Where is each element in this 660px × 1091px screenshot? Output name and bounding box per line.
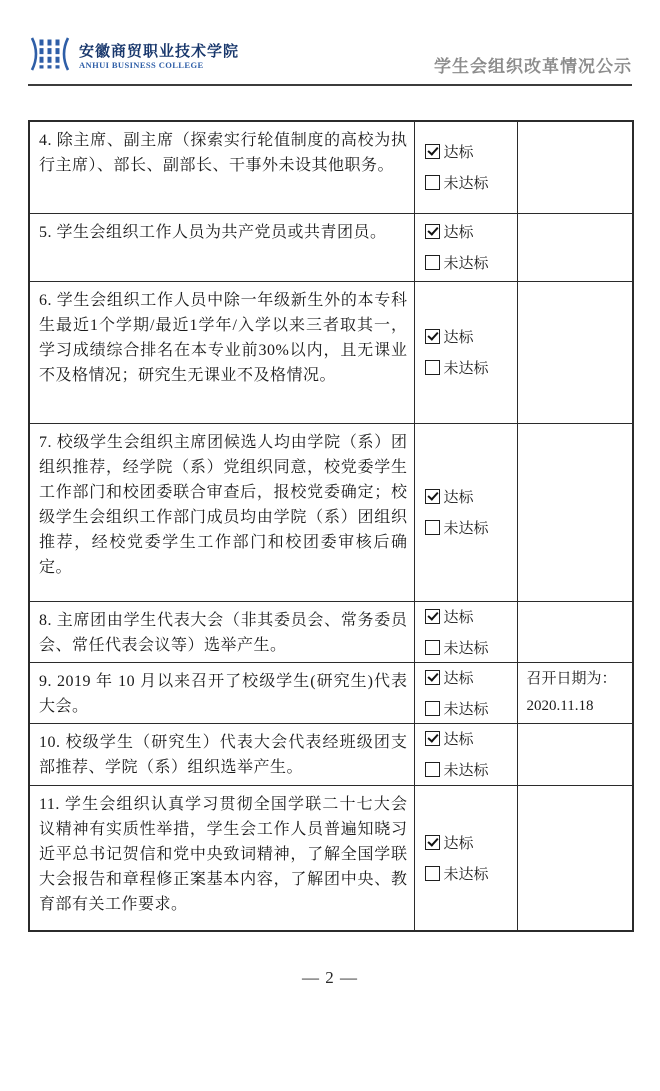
met-checkbox-icon xyxy=(425,329,440,344)
not-met-checkbox-icon xyxy=(425,701,440,716)
status-cell: 达标 未达标 xyxy=(414,281,517,423)
page-number: — 2 — xyxy=(0,968,660,988)
header-divider xyxy=(28,84,632,86)
college-name: 安徽商贸职业技术学院 ANHUI BUSINESS COLLEGE xyxy=(79,45,239,70)
table-row: 8. 主席团由学生代表大会（非其委员会、常务委员会、常任代表会议等）选举产生。 … xyxy=(29,601,633,662)
document-title: 学生会组织改革情况公示 xyxy=(434,52,632,78)
college-logo: 安徽商贸职业技术学院 ANHUI BUSINESS COLLEGE xyxy=(28,37,239,78)
met-checkbox-icon xyxy=(425,224,440,239)
not-met-label: 未达标 xyxy=(444,517,489,538)
not-met-checkbox-icon xyxy=(425,520,440,535)
abacus-logo-icon xyxy=(28,37,72,76)
criterion-text: 7. 校级学生会组织主席团候选人均由学院（系）团组织推荐，经学院（系）党组织同意… xyxy=(29,423,414,601)
note-cell xyxy=(517,213,633,281)
met-checkbox-icon xyxy=(425,609,440,624)
table-row: 6. 学生会组织工作人员中除一年级新生外的本专科生最近1个学期/最近1学年/入学… xyxy=(29,281,633,423)
status-cell: 达标 未达标 xyxy=(414,601,517,662)
note-line: 2020.11.18 xyxy=(527,693,629,720)
met-label: 达标 xyxy=(444,141,474,162)
criterion-text: 9. 2019 年 10 月以来召开了校级学生(研究生)代表大会。 xyxy=(29,662,414,723)
met-label: 达标 xyxy=(444,728,474,749)
table-row: 10. 校级学生（研究生）代表大会代表经班级团支部推荐、学院（系）组织选举产生。… xyxy=(29,723,633,785)
met-label: 达标 xyxy=(444,667,474,688)
met-label: 达标 xyxy=(444,606,474,627)
table-row: 4. 除主席、副主席（探索实行轮值制度的高校为执行主席）、部长、副部长、干事外未… xyxy=(29,121,633,213)
not-met-label: 未达标 xyxy=(444,863,489,884)
not-met-label: 未达标 xyxy=(444,357,489,378)
note-line: 召开日期为： xyxy=(527,666,629,693)
not-met-checkbox-icon xyxy=(425,360,440,375)
not-met-checkbox-icon xyxy=(425,255,440,270)
status-cell: 达标 未达标 xyxy=(414,662,517,723)
met-checkbox-icon xyxy=(425,670,440,685)
note-cell xyxy=(517,601,633,662)
met-checkbox-icon xyxy=(425,731,440,746)
met-label: 达标 xyxy=(444,486,474,507)
not-met-label: 未达标 xyxy=(444,637,489,658)
met-checkbox-icon xyxy=(425,835,440,850)
met-label: 达标 xyxy=(444,832,474,853)
table-row: 7. 校级学生会组织主席团候选人均由学院（系）团组织推荐，经学院（系）党组织同意… xyxy=(29,423,633,601)
note-cell xyxy=(517,785,633,931)
not-met-checkbox-icon xyxy=(425,640,440,655)
met-checkbox-icon xyxy=(425,144,440,159)
met-label: 达标 xyxy=(444,221,474,242)
table-row: 5. 学生会组织工作人员为共产党员或共青团员。 达标 未达标 xyxy=(29,213,633,281)
not-met-checkbox-icon xyxy=(425,175,440,190)
not-met-label: 未达标 xyxy=(444,252,489,273)
criterion-text: 5. 学生会组织工作人员为共产党员或共青团员。 xyxy=(29,213,414,281)
reform-checklist-table: 4. 除主席、副主席（探索实行轮值制度的高校为执行主席）、部长、副部长、干事外未… xyxy=(28,120,634,932)
not-met-checkbox-icon xyxy=(425,762,440,777)
note-cell xyxy=(517,723,633,785)
met-label: 达标 xyxy=(444,326,474,347)
criterion-text: 8. 主席团由学生代表大会（非其委员会、常务委员会、常任代表会议等）选举产生。 xyxy=(29,601,414,662)
table-row: 9. 2019 年 10 月以来召开了校级学生(研究生)代表大会。 达标 未达标… xyxy=(29,662,633,723)
met-checkbox-icon xyxy=(425,489,440,504)
not-met-label: 未达标 xyxy=(444,172,489,193)
not-met-label: 未达标 xyxy=(444,698,489,719)
not-met-checkbox-icon xyxy=(425,866,440,881)
status-cell: 达标 未达标 xyxy=(414,785,517,931)
status-cell: 达标 未达标 xyxy=(414,213,517,281)
criterion-text: 11. 学生会组织认真学习贯彻全国学联二十七大会议精神有实质性举措，学生会工作人… xyxy=(29,785,414,931)
college-name-zh: 安徽商贸职业技术学院 xyxy=(79,45,239,61)
page-header: 安徽商贸职业技术学院 ANHUI BUSINESS COLLEGE 学生会组织改… xyxy=(28,30,632,78)
note-cell xyxy=(517,281,633,423)
table-row: 11. 学生会组织认真学习贯彻全国学联二十七大会议精神有实质性举措，学生会工作人… xyxy=(29,785,633,931)
status-cell: 达标 未达标 xyxy=(414,723,517,785)
criterion-text: 6. 学生会组织工作人员中除一年级新生外的本专科生最近1个学期/最近1学年/入学… xyxy=(29,281,414,423)
criterion-text: 10. 校级学生（研究生）代表大会代表经班级团支部推荐、学院（系）组织选举产生。 xyxy=(29,723,414,785)
note-cell xyxy=(517,121,633,213)
note-cell xyxy=(517,423,633,601)
criterion-text: 4. 除主席、副主席（探索实行轮值制度的高校为执行主席）、部长、副部长、干事外未… xyxy=(29,121,414,213)
note-cell: 召开日期为： 2020.11.18 xyxy=(517,662,633,723)
college-name-en: ANHUI BUSINESS COLLEGE xyxy=(79,61,239,70)
not-met-label: 未达标 xyxy=(444,759,489,780)
status-cell: 达标 未达标 xyxy=(414,423,517,601)
status-cell: 达标 未达标 xyxy=(414,121,517,213)
